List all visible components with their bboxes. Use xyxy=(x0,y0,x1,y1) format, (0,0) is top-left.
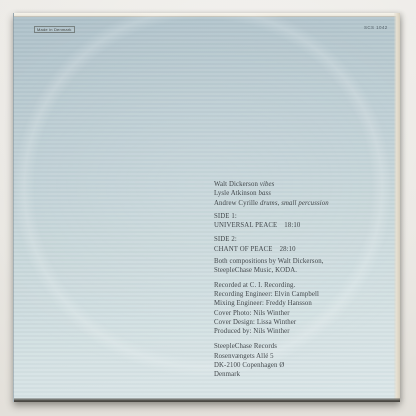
track-duration: 28:10 xyxy=(280,246,296,253)
address-line: Rosenvængets Allé 5 xyxy=(214,352,392,361)
track-line: CHANT OF PEACE28:10 xyxy=(214,245,392,254)
credit-line: Produced by: Nils Winther xyxy=(214,327,392,336)
musician-instrument: bass xyxy=(258,190,271,197)
side-2-tracklist: SIDE 2: CHANT OF PEACE28:10 xyxy=(214,235,392,254)
production-credits: Recorded at C. I. Recording. Recording E… xyxy=(214,281,392,337)
label-address: SteepleChase Records Rosenvængets Allé 5… xyxy=(214,342,392,379)
address-line: Denmark xyxy=(214,370,392,379)
photo-backdrop: Made in Denmark SCS 1042 Walt Dickerson … xyxy=(0,0,416,416)
musician-instrument: drums, small percussion xyxy=(260,200,329,207)
personnel-line: Andrew Cyrille drums, small percussion xyxy=(214,199,392,208)
credit-line: Recorded at C. I. Recording. xyxy=(214,281,392,290)
made-in-denmark-stamp: Made in Denmark xyxy=(34,26,75,33)
composition-note-line: Both compositions by Walt Dickerson, xyxy=(214,257,392,266)
composition-note-line: SteepleChase Music, KODA. xyxy=(214,266,392,275)
address-line: DK-2100 Copenhagen Ø xyxy=(214,361,392,370)
musician-name: Lysle Atkinson xyxy=(214,190,257,197)
composition-note: Both compositions by Walt Dickerson, Ste… xyxy=(214,257,392,276)
personnel-line: Walt Dickerson vibes xyxy=(214,180,392,189)
record-sleeve-back: Made in Denmark SCS 1042 Walt Dickerson … xyxy=(13,13,400,402)
address-line: SteepleChase Records xyxy=(214,342,392,351)
track-title: CHANT OF PEACE xyxy=(214,246,273,253)
side-1-tracklist: SIDE 1: UNIVERSAL PEACE18:10 xyxy=(214,212,392,231)
credit-line: Recording Engineer: Elvin Campbell xyxy=(214,290,392,299)
track-duration: 18:10 xyxy=(284,222,300,229)
credit-line: Mixing Engineer: Freddy Hansson xyxy=(214,299,392,308)
musician-name: Walt Dickerson xyxy=(214,181,258,188)
personnel-line: Lysle Atkinson bass xyxy=(214,189,392,198)
side-label: SIDE 2: xyxy=(214,235,392,244)
musician-name: Andrew Cyrille xyxy=(214,200,258,207)
personnel-list: Walt Dickerson vibes Lysle Atkinson bass… xyxy=(214,180,392,208)
credit-line: Cover Design: Lissa Winther xyxy=(214,318,392,327)
credit-line: Cover Photo: Nils Winther xyxy=(214,309,392,318)
track-line: UNIVERSAL PEACE18:10 xyxy=(214,221,392,230)
track-title: UNIVERSAL PEACE xyxy=(214,222,277,229)
sleeve-bottom-edge-shadow xyxy=(14,398,400,402)
sleeve-right-edge xyxy=(394,13,400,402)
sleeve-top-edge xyxy=(14,13,400,17)
catalog-number: SCS 1042 xyxy=(364,25,388,31)
musician-instrument: vibes xyxy=(260,181,275,188)
side-label: SIDE 1: xyxy=(214,212,392,221)
credits-text-block: Walt Dickerson vibes Lysle Atkinson bass… xyxy=(214,180,392,380)
